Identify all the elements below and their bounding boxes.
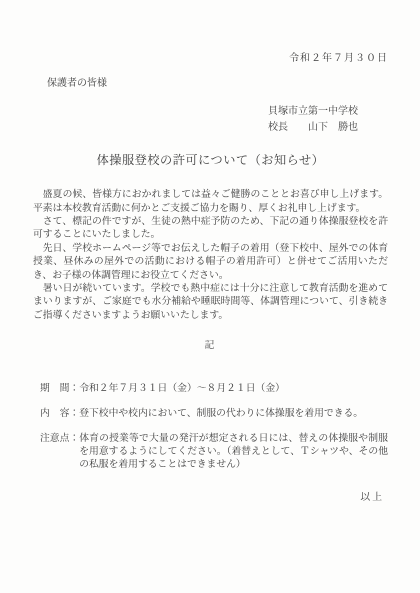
- record-marker: 記: [33, 339, 388, 352]
- body-text: 盛夏の候、皆様方におかれましては益々ご健勝のこととお喜び申し上げます。平素は本校…: [33, 188, 388, 322]
- sender-principal: 校長 山下 勝也: [268, 120, 386, 136]
- item-caution-text: 体育の授業等で大量の発汗が想定される日には、替えの体操服や制服を用意するようにし…: [79, 432, 388, 472]
- item-content-label: 内 容：: [40, 407, 79, 420]
- sender-block: 貝塚市立第一中学校 校長 山下 勝也: [268, 104, 386, 136]
- item-period-text: 令和２年７月３１日（金）～８月２１日（金）: [79, 382, 388, 395]
- item-period-label: 期 間：: [40, 382, 79, 395]
- document-page: 令和２年７月３０日 保護者の皆様 貝塚市立第一中学校 校長 山下 勝也 体操服登…: [0, 0, 420, 593]
- item-caution-label: 注意点：: [40, 432, 79, 445]
- paragraph-health-request: 暑い日が続いています。学校でも熱中症には十分に注意して教育活動を進めてまいります…: [33, 282, 388, 322]
- sender-school: 貝塚市立第一中学校: [268, 104, 386, 120]
- details-list: 期 間： 令和２年７月３１日（金）～８月２１日（金） 内 容： 登下校中や校内に…: [33, 382, 388, 472]
- list-item-period: 期 間： 令和２年７月３１日（金）～８月２１日（金）: [40, 382, 388, 395]
- recipient: 保護者の皆様: [33, 77, 388, 90]
- document-title: 体操服登校の許可について（お知らせ）: [33, 154, 388, 167]
- paragraph-greeting: 盛夏の候、皆様方におかれましては益々ご健勝のこととお喜び申し上げます。平素は本校…: [33, 188, 388, 215]
- item-content-text: 登下校中や校内において、制服の代わりに体操服を着用できる。: [79, 407, 388, 420]
- paragraph-hat-notice: 先日、学校ホームページ等でお伝えした帽子の着用（登下校中、屋外での体育授業、昼休…: [33, 242, 388, 282]
- document-date: 令和２年７月３０日: [33, 52, 388, 65]
- list-item-content: 内 容： 登下校中や校内において、制服の代わりに体操服を着用できる。: [40, 407, 388, 420]
- paragraph-purpose: さて、標記の件ですが、生徒の熱中症予防のため、下記の通り体操服登校を許可すること…: [33, 215, 388, 242]
- list-item-caution: 注意点： 体育の授業等で大量の発汗が想定される日には、替えの体操服や制服を用意す…: [40, 432, 388, 472]
- closing-mark: 以上: [33, 491, 388, 504]
